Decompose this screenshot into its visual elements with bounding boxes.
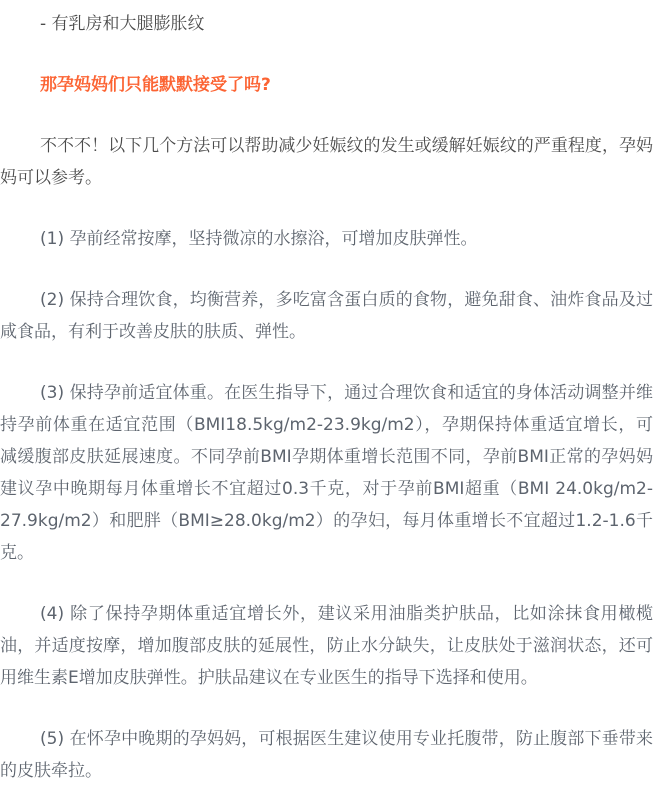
bullet-line: - 有乳房和大腿膨胀纹 xyxy=(0,8,653,40)
section-heading: 那孕妈妈们只能默默接受了吗? xyxy=(0,69,653,101)
tip-paragraph-1: (1) 孕前经常按摩，坚持微凉的水擦浴，可增加皮肤弹性。 xyxy=(0,223,653,255)
tip-paragraph-2: (2) 保持合理饮食，均衡营养，多吃富含蛋白质的食物，避免甜食、油炸食品及过咸食… xyxy=(0,284,653,348)
tip-paragraph-4: (4) 除了保持孕期体重适宜增长外，建议采用油脂类护肤品，比如涂抹食用橄榄油，并… xyxy=(0,598,653,694)
article-body: - 有乳房和大腿膨胀纹 那孕妈妈们只能默默接受了吗? 不不不！以下几个方法可以帮… xyxy=(0,0,671,787)
tip-paragraph-3: (3) 保持孕前适宜体重。在医生指导下，通过合理饮食和适宜的身体活动调整并维持孕… xyxy=(0,377,653,569)
tip-paragraph-5: (5) 在怀孕中晚期的孕妈妈，可根据医生建议使用专业托腹带，防止腹部下垂带来的皮… xyxy=(0,723,653,787)
intro-paragraph: 不不不！以下几个方法可以帮助减少妊娠纹的发生或缓解妊娠纹的严重程度，孕妈妈可以参… xyxy=(0,130,653,194)
